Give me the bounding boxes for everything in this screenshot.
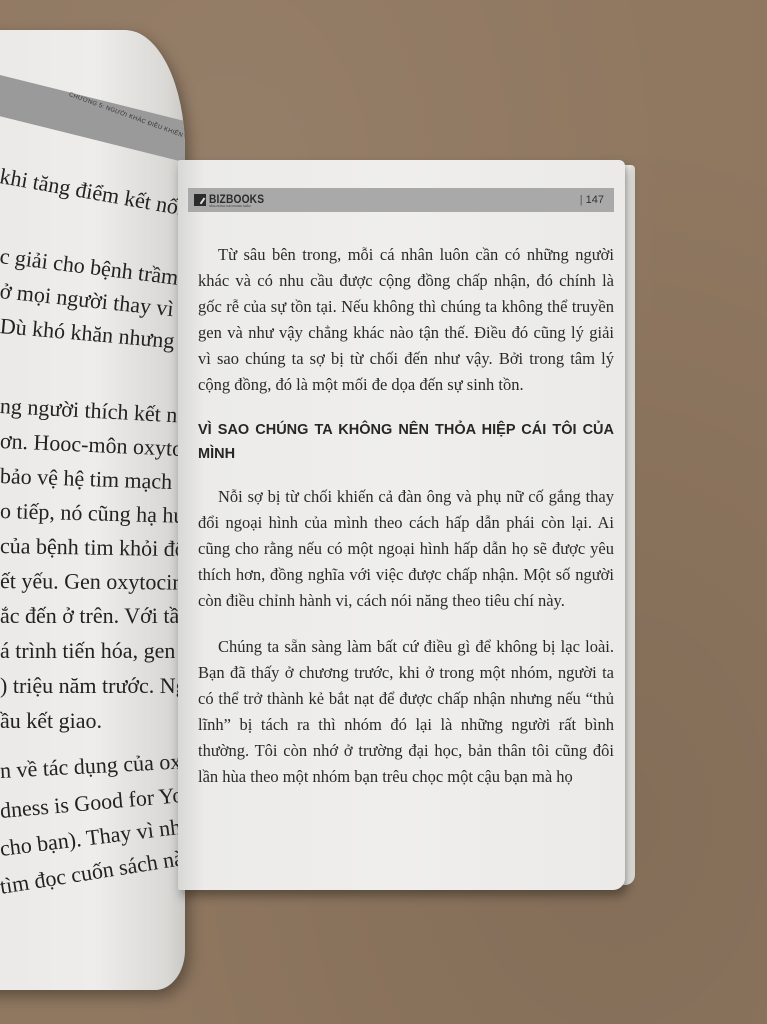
left-line: o tiếp, nó cũng hạ huyết áp	[0, 498, 185, 530]
right-page: BIZBOOKS SÁCH DÀNH CHO DOANH NHÂN 147 Từ…	[178, 160, 625, 890]
paragraph: Từ sâu bên trong, mỗi cá nhân luôn cần c…	[198, 242, 614, 398]
left-running-header-band	[0, 65, 185, 167]
paragraph: Chúng ta sẵn sàng làm bất cứ điều gì để …	[198, 634, 614, 790]
publisher-brand: BIZBOOKS SÁCH DÀNH CHO DOANH NHÂN	[194, 193, 274, 208]
left-line: ắc đến ở trên. Với tầm qu	[0, 603, 185, 629]
brand-text: BIZBOOKS SÁCH DÀNH CHO DOANH NHÂN	[209, 193, 274, 208]
left-line: ) triệu năm trước. Ngay c	[0, 673, 185, 699]
section-heading: VÌ SAO CHÚNG TA KHÔNG NÊN THỎA HIỆP CÁI …	[198, 418, 614, 466]
book-photo: CHƯƠNG 5: NGƯỜI KHÁC ĐIỀU KHIỂN BẠN khi …	[0, 0, 767, 1024]
left-line: ơn. Hooc-môn oxytocin đư	[0, 428, 185, 464]
left-line: ầu kết giao.	[0, 708, 102, 734]
left-line: ng người thích kết nối s	[0, 393, 185, 430]
brand-tagline: SÁCH DÀNH CHO DOANH NHÂN	[209, 205, 267, 208]
left-page: CHƯƠNG 5: NGƯỜI KHÁC ĐIỀU KHIỂN BẠN khi …	[0, 30, 185, 990]
left-line: của bệnh tim khỏi động m	[0, 533, 185, 563]
left-line: n về tác dụng của oxytoc	[0, 747, 185, 784]
page-number: 147	[580, 194, 604, 206]
left-line: ết yếu. Gen oxytocin chính	[0, 568, 185, 596]
bizbooks-logo-icon	[194, 194, 206, 206]
left-line: khi tăng điểm kết nối thì	[0, 163, 185, 226]
paragraph: Nỗi sợ bị từ chối khiến cả đàn ông và ph…	[198, 484, 614, 614]
running-header: BIZBOOKS SÁCH DÀNH CHO DOANH NHÂN 147	[188, 188, 614, 212]
left-line: á trình tiến hóa, gen này	[0, 638, 185, 664]
page-body: Từ sâu bên trong, mỗi cá nhân luôn cần c…	[198, 242, 614, 810]
left-line: bảo vệ hệ tim mạch được	[0, 463, 185, 497]
